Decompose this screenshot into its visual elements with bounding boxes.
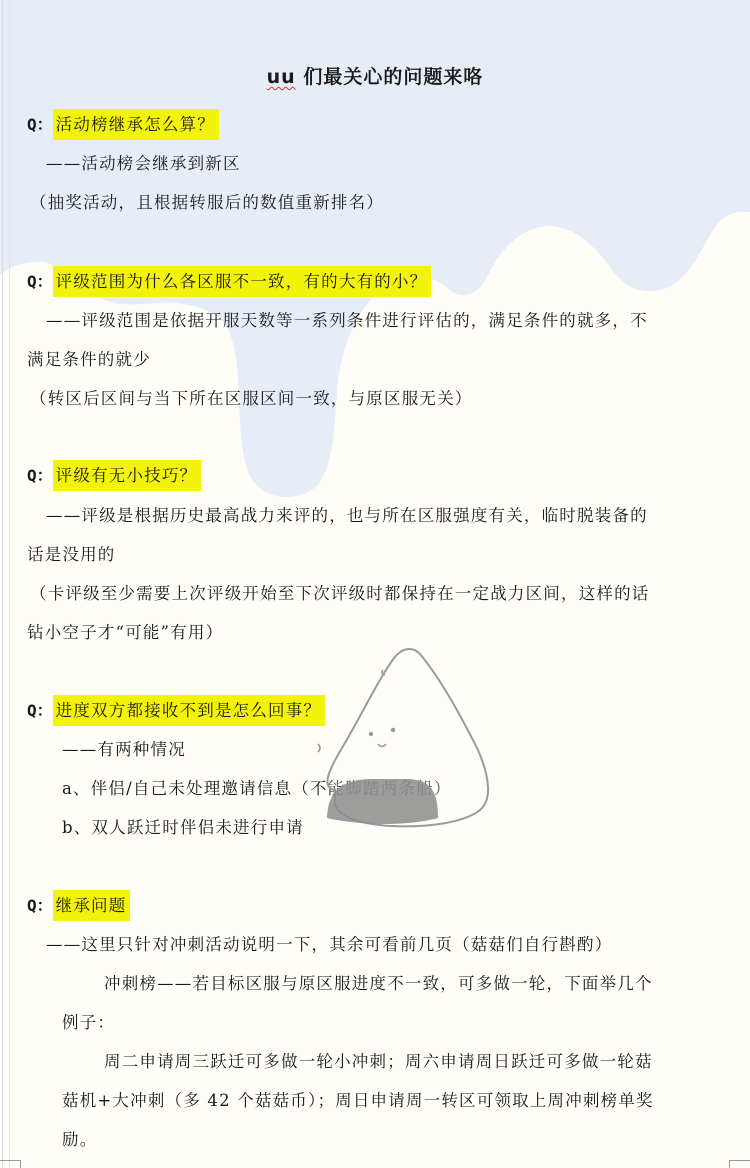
- title-prefix: uu: [267, 66, 296, 88]
- question-prefix: Q：: [27, 466, 53, 485]
- question-3: Q：评级有无小技巧？: [27, 462, 201, 486]
- answer-line: 话是没用的: [27, 541, 116, 565]
- answer-line: ——这里只针对冲刺活动说明一下，其余可看前几页（菇菇们自行斟酌）: [46, 931, 612, 955]
- answer-note: （卡评级至少需要上次评级开始至下次评级时都保持在一定战力区间，这样的话: [30, 580, 650, 604]
- question-prefix: Q：: [27, 701, 53, 720]
- question-5: Q：继承问题: [27, 892, 130, 916]
- question-highlight: 继承问题: [53, 890, 131, 921]
- answer-note: 钻小空子才“可能”有用）: [27, 619, 223, 643]
- answer-line: 冲刺榜——若目标区服与原区服进度不一致，可多做一轮，下面举几个: [104, 970, 653, 994]
- answer-line: 满足条件的就少: [27, 346, 151, 370]
- page-title: uu 们最关心的问题来咯: [0, 62, 750, 89]
- title-text: 们最关心的问题来咯: [296, 66, 484, 88]
- answer-line: ——评级是根据历史最高战力来评的，也与所在区服强度有关，临时脱装备的: [46, 502, 648, 526]
- answer-line: 励。: [62, 1126, 97, 1150]
- page-corner-mark-right: [729, 1160, 750, 1168]
- question-highlight: 评级有无小技巧？: [53, 460, 202, 491]
- question-2: Q：评级范围为什么各区服不一致，有的大有的小？: [27, 268, 431, 292]
- question-4: Q：进度双方都接收不到是怎么回事？: [27, 697, 325, 721]
- question-prefix: Q：: [27, 272, 53, 291]
- page-corner-mark-left: [0, 1160, 21, 1168]
- answer-line: ——有两种情况: [62, 736, 186, 760]
- question-prefix: Q：: [27, 115, 53, 134]
- document-page: uu 们最关心的问题来咯 Q：活动榜继承怎么算？ ——活动榜会继承到新区 （抽奖…: [0, 0, 750, 1168]
- answer-note: （抽奖活动，且根据转服后的数值重新排名）: [30, 189, 384, 213]
- answer-line: ——评级范围是依据开服天数等一系列条件进行评估的，满足条件的就多，不: [46, 307, 648, 331]
- answer-line: ——活动榜会继承到新区: [46, 150, 241, 174]
- question-highlight: 评级范围为什么各区服不一致，有的大有的小？: [53, 266, 432, 297]
- question-prefix: Q：: [27, 896, 53, 915]
- answer-note: （转区后区间与当下所在区服区间一致，与原区服无关）: [30, 385, 473, 409]
- answer-list-item: b、双人跃迁时伴侣未进行申请: [62, 814, 304, 838]
- answer-line: 菇机+大冲刺（多 42 个菇菇币）；周日申请周一转区可领取上周冲刺榜单奖: [62, 1087, 654, 1111]
- question-highlight: 活动榜继承怎么算？: [53, 109, 219, 140]
- answer-list-item: a、伴侣/自己未处理邀请信息（不能脚踏两条船）: [62, 775, 452, 799]
- question-highlight: 进度双方都接收不到是怎么回事？: [53, 695, 326, 726]
- answer-line: 周二申请周三跃迁可多做一轮小冲刺；周六申请周日跃迁可多做一轮菇: [104, 1048, 653, 1072]
- question-1: Q：活动榜继承怎么算？: [27, 111, 219, 135]
- answer-line: 例子：: [62, 1009, 115, 1033]
